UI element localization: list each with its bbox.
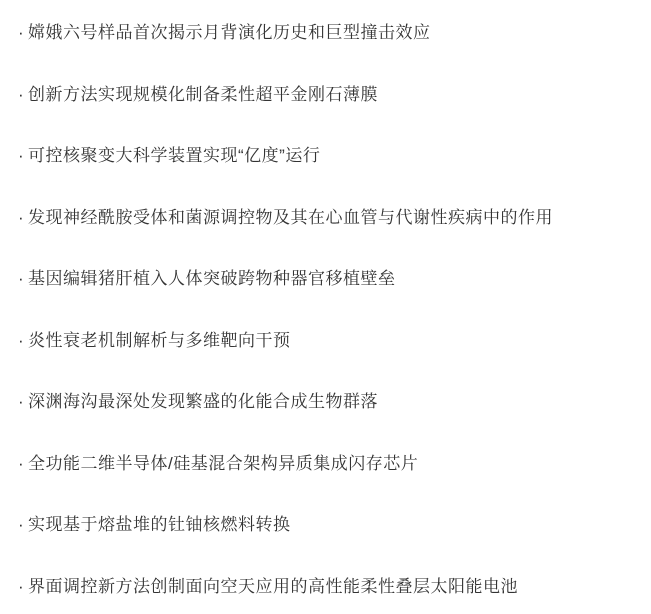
bullet-icon: · xyxy=(18,83,28,107)
news-list-item: ·发现神经酰胺受体和菌源调控物及其在心血管与代谢性疾病中的作用 xyxy=(18,206,641,230)
news-list: ·嫦娥六号样品首次揭示月背演化历史和巨型撞击效应 ·创新方法实现规模化制备柔性超… xyxy=(0,0,651,599)
news-headline-link[interactable]: 创新方法实现规模化制备柔性超平金刚石薄膜 xyxy=(28,85,378,104)
bullet-icon: · xyxy=(18,144,28,168)
news-headline-link[interactable]: 深渊海沟最深处发现繁盛的化能合成生物群落 xyxy=(28,392,378,411)
news-list-item: ·嫦娥六号样品首次揭示月背演化历史和巨型撞击效应 xyxy=(18,21,641,45)
bullet-icon: · xyxy=(18,21,28,45)
news-headline-link[interactable]: 发现神经酰胺受体和菌源调控物及其在心血管与代谢性疾病中的作用 xyxy=(28,208,553,227)
news-headlines-page: ·嫦娥六号样品首次揭示月背演化历史和巨型撞击效应 ·创新方法实现规模化制备柔性超… xyxy=(0,0,651,614)
bullet-icon: · xyxy=(18,452,28,476)
bullet-icon: · xyxy=(18,390,28,414)
news-headline-link[interactable]: 界面调控新方法创制面向空天应用的高性能柔性叠层太阳能电池 xyxy=(28,577,518,596)
bullet-icon: · xyxy=(18,206,28,230)
news-list-item: ·可控核聚变大科学装置实现“亿度”运行 xyxy=(18,144,641,168)
news-headline-link[interactable]: 全功能二维半导体/硅基混合架构异质集成闪存芯片 xyxy=(28,454,418,473)
news-list-item: ·界面调控新方法创制面向空天应用的高性能柔性叠层太阳能电池 xyxy=(18,575,641,599)
news-list-item: ·炎性衰老机制解析与多维靶向干预 xyxy=(18,329,641,353)
news-headline-link[interactable]: 嫦娥六号样品首次揭示月背演化历史和巨型撞击效应 xyxy=(28,23,431,42)
news-list-item: ·深渊海沟最深处发现繁盛的化能合成生物群落 xyxy=(18,390,641,414)
news-headline-link[interactable]: 实现基于熔盐堆的钍铀核燃料转换 xyxy=(28,515,291,534)
bullet-icon: · xyxy=(18,267,28,291)
bullet-icon: · xyxy=(18,575,28,599)
news-list-item: ·实现基于熔盐堆的钍铀核燃料转换 xyxy=(18,513,641,537)
bullet-icon: · xyxy=(18,513,28,537)
news-list-item: ·基因编辑猪肝植入人体突破跨物种器官移植壁垒 xyxy=(18,267,641,291)
news-list-item: ·全功能二维半导体/硅基混合架构异质集成闪存芯片 xyxy=(18,452,641,476)
news-list-item: ·创新方法实现规模化制备柔性超平金刚石薄膜 xyxy=(18,83,641,107)
news-headline-link[interactable]: 炎性衰老机制解析与多维靶向干预 xyxy=(28,331,291,350)
news-headline-link[interactable]: 基因编辑猪肝植入人体突破跨物种器官移植壁垒 xyxy=(28,269,396,288)
news-headline-link[interactable]: 可控核聚变大科学装置实现“亿度”运行 xyxy=(28,146,320,165)
bullet-icon: · xyxy=(18,329,28,353)
